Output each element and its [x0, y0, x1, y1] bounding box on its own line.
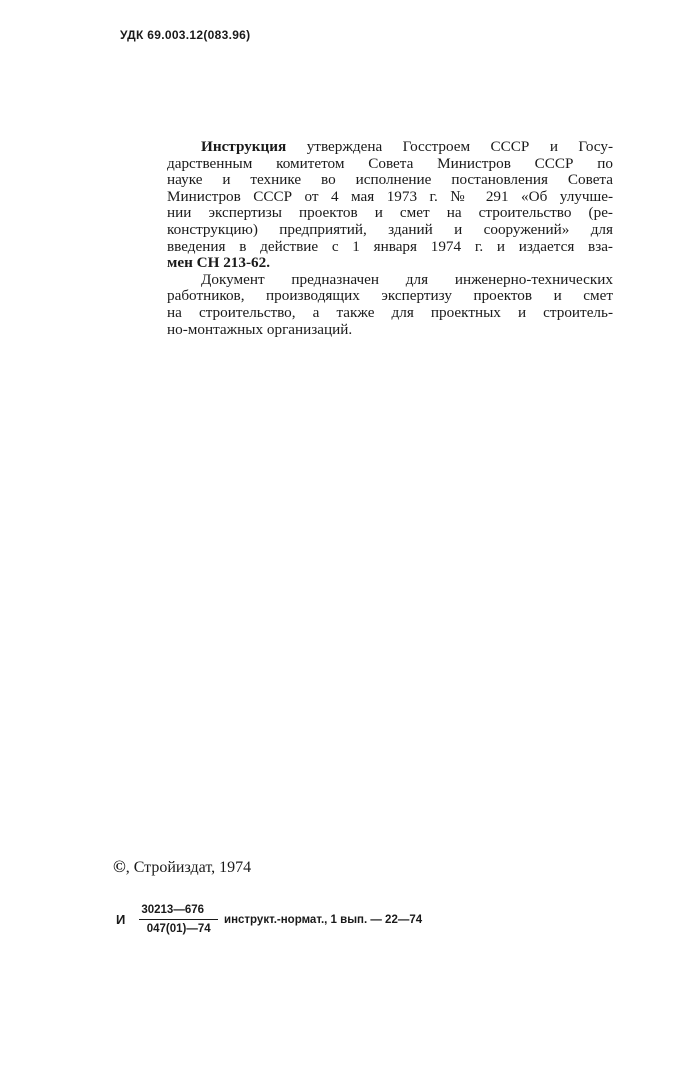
- title-word: Инструкция: [201, 138, 286, 155]
- copyright-icon: ©: [113, 857, 126, 876]
- imprint-code: И 30213—676 047(01)—74 инструкт.-нормат.…: [116, 904, 422, 935]
- imprint-tail: инструкт.-нормат., 1 вып. — 22—74: [224, 914, 422, 926]
- imprint-denominator: 047(01)—74: [147, 920, 211, 935]
- paragraph-1-line-2: дарственным комитетом Совета Министров С…: [167, 156, 613, 173]
- paragraph-1-line-1: Инструкция утверждена Госстроем СССР и Г…: [167, 139, 613, 156]
- paragraph-1-line-8: мен СН 213-62.: [167, 255, 613, 272]
- annotation-text: Инструкция утверждена Госстроем СССР и Г…: [167, 139, 613, 338]
- paragraph-2-line-2: работников, производящих экспертизу прое…: [167, 288, 613, 305]
- udk-code: УДК 69.003.12(083.96): [120, 28, 250, 42]
- paragraph-1-line-4: Министров СССР от 4 мая 1973 г. № 291 «О…: [167, 189, 613, 206]
- publisher-year: , Стройиздат, 1974: [126, 859, 251, 876]
- copyright-notice: ©, Стройиздат, 1974: [113, 857, 251, 877]
- paragraph-2-line-3: на строительство, а также для проектных …: [167, 305, 613, 322]
- paragraph-1-line-3: науке и технике во исполнение постановле…: [167, 172, 613, 189]
- paragraph-2-line-4: но-монтажных организаций.: [167, 322, 613, 339]
- paragraph-2-line-1: Документ предназначен для инженерно-техн…: [167, 272, 613, 289]
- paragraph-1-line-5: нии экспертизы проектов и смет на строит…: [167, 205, 613, 222]
- imprint-fraction: 30213—676 047(01)—74: [139, 904, 218, 935]
- imprint-numerator: 30213—676: [139, 904, 218, 920]
- paragraph-1-line-6: конструкцию) предприятий, зданий и соору…: [167, 222, 613, 239]
- imprint-letter: И: [116, 912, 125, 927]
- paragraph-1-line-7: введения в действие с 1 января 1974 г. и…: [167, 239, 613, 256]
